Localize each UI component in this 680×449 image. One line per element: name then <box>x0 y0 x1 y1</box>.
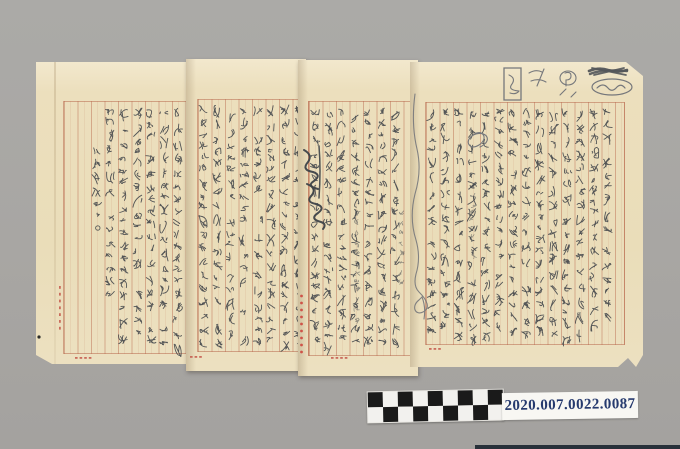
photo-background: 2020.007.0022.0087 <box>0 0 680 449</box>
scale-square <box>398 406 413 421</box>
scale-square <box>443 406 458 421</box>
scale-square <box>413 406 428 421</box>
scale-square <box>383 392 398 407</box>
scale-square <box>368 407 383 422</box>
scale-square <box>428 406 443 421</box>
ruled-grid <box>308 101 418 356</box>
scale-square <box>398 391 413 406</box>
ruled-grid <box>63 101 194 354</box>
accession-number: 2020.007.0022.0087 <box>504 396 635 415</box>
scale-square <box>458 405 473 420</box>
manuscript-page-2 <box>186 59 306 371</box>
paper-crease <box>54 62 56 364</box>
manuscript-page-1 <box>36 62 194 364</box>
ruled-grid <box>425 102 625 345</box>
scale-square <box>383 407 398 422</box>
scale-square <box>458 390 473 405</box>
scale-square <box>488 405 503 420</box>
ruled-grid <box>197 99 306 352</box>
manuscript-page-4 <box>410 62 643 367</box>
scale-square <box>488 390 503 405</box>
scale-square <box>473 390 488 405</box>
scale-square <box>473 405 488 420</box>
manuscript-page-3 <box>298 60 418 376</box>
accession-label: 2020.007.0022.0087 <box>502 391 638 420</box>
photo-edge-strip <box>475 445 680 449</box>
scale-square <box>428 391 443 406</box>
scale-square <box>443 391 458 406</box>
scale-square <box>368 392 383 407</box>
calibration-scale <box>367 389 505 424</box>
scale-square <box>413 391 428 406</box>
